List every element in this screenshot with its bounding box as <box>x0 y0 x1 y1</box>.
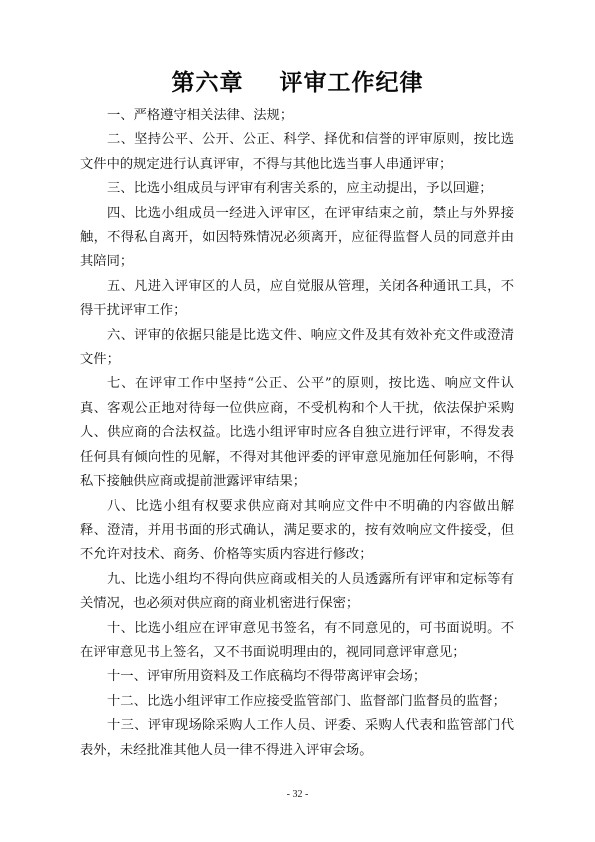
paragraph-rule-9: 九、比选小组均不得向供应商或相关的人员透露所有评审和定标等有关情况，也必须对供应… <box>80 568 514 617</box>
paragraph-rule-7: 七、在评审工作中坚持“公正、公平”的原则，按比选、响应文件认真、客观公正地对待每… <box>80 372 514 494</box>
paragraph-rule-13: 十三、评审现场除采购人工作人员、评委、采购人代表和监管部门代表外，未经批准其他人… <box>80 714 514 763</box>
document-page: 第六章 评审工作纪律 一、严格遵守相关法律、法规； 二、坚持公平、公开、公正、科… <box>0 0 595 842</box>
document-body: 一、严格遵守相关法律、法规； 二、坚持公平、公开、公正、科学、择优和信誉的评审原… <box>80 104 514 763</box>
paragraph-rule-6: 六、评审的依据只能是比选文件、响应文件及其有效补充文件或澄清文件； <box>80 324 514 373</box>
paragraph-rule-5: 五、凡进入评审区的人员，应自觉服从管理，关闭各种通讯工具，不得干扰评审工作； <box>80 275 514 324</box>
paragraph-rule-2: 二、坚持公平、公开、公正、科学、择优和信誉的评审原则，按比选文件中的规定进行认真… <box>80 128 514 177</box>
paragraph-rule-8: 八、比选小组有权要求供应商对其响应文件中不明确的内容做出解释、澄清，并用书面的形… <box>80 495 514 568</box>
paragraph-rule-1: 一、严格遵守相关法律、法规； <box>80 104 514 128</box>
paragraph-rule-4: 四、比选小组成员一经进入评审区，在评审结束之前，禁止与外界接触，不得私自离开，如… <box>80 202 514 275</box>
page-number: - 32 - <box>0 789 595 800</box>
paragraph-rule-3: 三、比选小组成员与评审有利害关系的，应主动提出，予以回避； <box>80 177 514 201</box>
chapter-title: 第六章 评审工作纪律 <box>0 64 595 97</box>
paragraph-rule-12: 十二、比选小组评审工作应接受监管部门、监督部门监督员的监督； <box>80 690 514 714</box>
paragraph-rule-11: 十一、评审所用资料及工作底稿均不得带离评审会场； <box>80 665 514 689</box>
paragraph-rule-10: 十、比选小组应在评审意见书签名，有不同意见的，可书面说明。不在评审意见书上签名，… <box>80 617 514 666</box>
